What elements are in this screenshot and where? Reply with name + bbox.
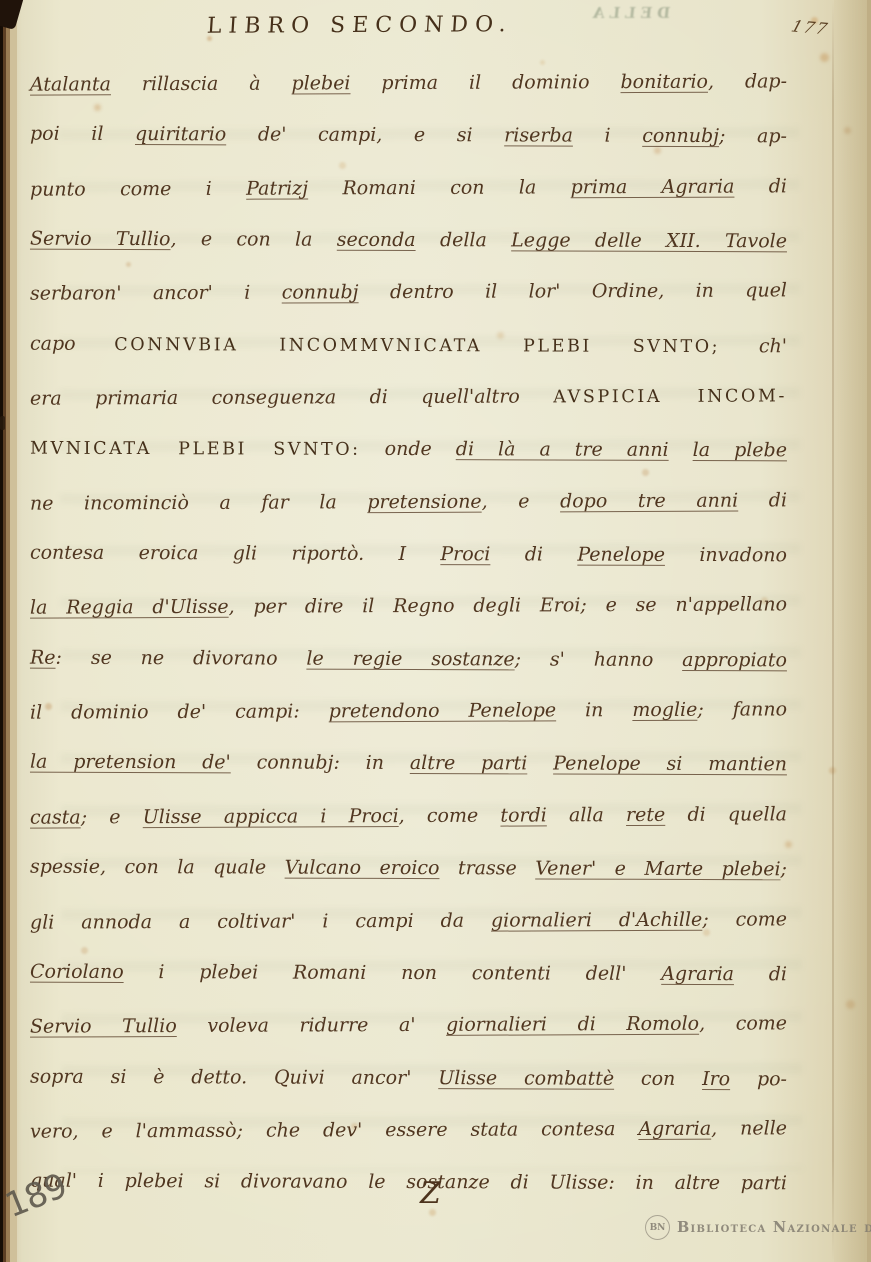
underlined-phrase: la Reggia d'Ulisse	[30, 596, 229, 619]
underlined-phrase: Penelope	[577, 544, 665, 566]
underlined-phrase: appropiato	[682, 649, 787, 671]
manuscript-line: Servio Tullio voleva ridurre a' giornali…	[30, 998, 787, 1054]
underlined-phrase: di là a tre anni	[456, 439, 669, 462]
manuscript-line: Coriolano i plebei Romani non contenti d…	[30, 946, 787, 1001]
text-segment: ; e	[81, 806, 143, 828]
text-segment: di	[734, 175, 787, 197]
underlined-phrase: tordi	[500, 804, 547, 826]
underlined-phrase: moglie	[632, 699, 697, 721]
text-segment: punto come i	[30, 177, 246, 200]
text-segment	[669, 439, 693, 461]
text-segment: gli annoda a coltivar' i campi da	[30, 909, 491, 933]
binding-mark	[0, 416, 5, 430]
text-segment: , dap-	[708, 70, 787, 92]
text-segment: Romani con la	[308, 176, 571, 199]
text-segment: ne incominciò a far la	[30, 491, 367, 514]
library-emblem-icon: BN	[645, 1215, 670, 1240]
underlined-phrase: Coriolano	[30, 961, 124, 983]
manuscript-line: vero, e l'ammassò; che dev' essere stata…	[30, 1102, 787, 1158]
manuscript-line: serbaron' ancor' i connubj dentro il lor…	[30, 265, 787, 321]
underlined-phrase: pretensione	[367, 490, 481, 512]
manuscript-text: Atalanta rillascia à plebei prima il dom…	[30, 57, 787, 1209]
text-segment: spessie, con la quale	[30, 856, 285, 879]
text-segment: , e	[482, 490, 560, 512]
underlined-phrase: Re	[30, 646, 56, 668]
text-segment: capo	[30, 332, 114, 354]
text-segment	[527, 753, 553, 775]
manuscript-line: Servio Tullio, e con la seconda della Le…	[30, 213, 787, 268]
text-segment: qual' i plebei si divoravano le sostanze…	[30, 1170, 787, 1195]
underlined-phrase: Ulisse appicca i Proci	[143, 805, 399, 828]
underlined-phrase: la plebe	[693, 439, 787, 461]
underlined-phrase: connubj	[642, 125, 719, 147]
text-segment: ; fanno	[697, 698, 787, 720]
underlined-phrase: plebei	[291, 72, 350, 94]
underlined-phrase: pretendono Penelope	[329, 699, 557, 722]
underlined-phrase: Vener' e Marte plebei	[535, 858, 780, 881]
catchword: Z	[420, 1176, 441, 1211]
text-segment: di	[490, 543, 577, 565]
latin-quote: AVSPICIA INCOM-	[553, 386, 787, 407]
bleedthrough-text: DELLA	[587, 4, 671, 22]
underlined-phrase: Iro	[702, 1068, 730, 1090]
text-segment: alla	[547, 804, 626, 826]
text-segment: , e con la	[170, 228, 336, 251]
text-segment: trasse	[439, 857, 535, 879]
text-segment: onde	[361, 438, 456, 460]
underlined-phrase: Patrizj	[246, 177, 308, 199]
underlined-phrase: prima Agraria	[571, 175, 735, 198]
underlined-phrase: Servio Tullio	[30, 1015, 177, 1038]
latin-quote: MVNICATA PLEBI SVNTO:	[30, 439, 361, 460]
text-segment: dentro il lor' Ordine, in quel	[358, 280, 787, 304]
manuscript-line: capo CONNVBIA INCOMMVNICATA PLEBI SVNTO;…	[30, 317, 787, 372]
underlined-phrase: Agraria	[638, 1118, 711, 1140]
manuscript-line: spessie, con la quale Vulcano eroico tra…	[30, 841, 787, 896]
manuscript-line: gli annoda a coltivar' i campi da giorna…	[30, 893, 787, 949]
manuscript-line: la Reggia d'Ulisse, per dire il Regno de…	[30, 579, 787, 635]
book-binding-edge	[0, 0, 17, 1262]
page-title: LIBRO SECONDO.	[206, 12, 513, 39]
text-segment: rillascia à	[111, 73, 292, 96]
text-segment: serbaron' ancor' i	[30, 282, 282, 305]
text-segment: : se ne divorano	[56, 647, 307, 670]
text-segment: ; s' hanno	[515, 648, 683, 671]
text-segment: ; ap-	[719, 125, 787, 147]
manuscript-line: punto come i Patrizj Romani con la prima…	[30, 160, 787, 216]
text-segment: , come	[399, 804, 501, 826]
underlined-phrase: altre parti	[410, 752, 528, 774]
text-segment: po-	[730, 1068, 787, 1090]
underlined-phrase: le regie sostanze	[306, 647, 514, 670]
latin-quote: CONNVBIA INCOMMVNICATA PLEBI SVNTO;	[114, 335, 720, 357]
text-segment: connubj: in	[231, 752, 410, 775]
text-segment: contesa eroica gli riportò. I	[30, 542, 440, 565]
text-segment: vero, e l'ammassò; che dev' essere stata…	[30, 1118, 638, 1143]
text-segment: sopra si è detto. Quivi ancor'	[30, 1065, 438, 1088]
manuscript-line: Re: se ne divorano le regie sostanze; s'…	[30, 631, 787, 686]
underlined-phrase: Vulcano eroico	[285, 857, 440, 880]
library-stamp-label: Biblioteca Nazionale di Napoli	[677, 1219, 871, 1236]
underlined-phrase: dopo tre anni	[560, 489, 738, 512]
text-segment: , per dire il Regno degli Eroi; e se n'a…	[229, 594, 787, 618]
text-segment: in	[556, 699, 632, 721]
manuscript-line: qual' i plebei si divoravano le sostanze…	[30, 1155, 787, 1210]
text-segment: ch'	[720, 335, 787, 357]
text-segment: prima il dominio	[350, 71, 620, 94]
text-segment: il dominio de' campi:	[30, 700, 329, 723]
underlined-phrase: giornalieri di Romolo	[446, 1013, 699, 1036]
underlined-phrase: Penelope si mantien	[553, 753, 787, 776]
underlined-phrase: connubj	[282, 282, 359, 304]
manuscript-line: era primaria conseguenza di quell'altro …	[30, 369, 787, 425]
scan-right-edge	[867, 0, 871, 1262]
text-segment: era primaria conseguenza di quell'altro	[30, 385, 553, 409]
text-segment: di	[738, 489, 787, 511]
text-segment: i	[573, 125, 642, 147]
text-segment: de' campi, e si	[226, 124, 504, 147]
underlined-phrase: Servio Tullio	[30, 228, 171, 250]
underlined-phrase: riserba	[504, 125, 573, 147]
underlined-phrase: Ulisse combattè	[438, 1067, 614, 1090]
manuscript-line: MVNICATA PLEBI SVNTO: onde di là a tre a…	[30, 422, 787, 477]
underlined-phrase: Legge delle XII. Tavole	[511, 229, 787, 252]
text-segment: ;	[781, 858, 787, 880]
manuscript-line: sopra si è detto. Quivi ancor' Ulisse co…	[30, 1050, 787, 1105]
text-segment: di quella	[665, 803, 787, 826]
text-segment: , nelle	[711, 1117, 787, 1139]
text-segment: ; come	[702, 908, 787, 930]
manuscript-line: il dominio de' campi: pretendono Penelop…	[30, 683, 787, 739]
underlined-phrase: la pretension de'	[30, 751, 231, 774]
manuscript-line: ne incominciò a far la pretensione, e do…	[30, 474, 787, 530]
underlined-phrase: casta	[30, 806, 81, 828]
text-segment: con	[614, 1067, 702, 1089]
underlined-phrase: Atalanta	[30, 73, 111, 95]
text-segment: , come	[699, 1013, 787, 1035]
text-segment: voleva ridurre a'	[177, 1014, 446, 1037]
library-stamp: BN Biblioteca Nazionale di Napoli	[645, 1215, 871, 1240]
underlined-phrase: Proci	[440, 543, 490, 565]
manuscript-line: poi il quiritario de' campi, e si riserb…	[30, 108, 787, 163]
folio-number: 177	[790, 17, 832, 39]
text-segment: poi il	[30, 123, 135, 145]
manuscript-line: la pretension de' connubj: in altre part…	[30, 736, 787, 791]
underlined-phrase: quiritario	[135, 123, 226, 145]
manuscript-line: casta; e Ulisse appicca i Proci, come to…	[30, 788, 787, 844]
underlined-phrase: bonitario	[620, 71, 708, 93]
underlined-phrase: rete	[626, 804, 665, 826]
manuscript-line: Atalanta rillascia à plebei prima il dom…	[30, 55, 787, 111]
page-edge-shading	[834, 0, 871, 1262]
text-segment: i plebei Romani non contenti dell'	[124, 961, 662, 985]
underlined-phrase: giornalieri d'Achille	[491, 908, 702, 931]
text-segment: di	[734, 963, 787, 985]
underlined-phrase: seconda	[337, 229, 416, 251]
text-segment: invadono	[665, 544, 787, 566]
manuscript-line: contesa eroica gli riportò. I Proci di P…	[30, 527, 787, 582]
underlined-phrase: Agraria	[661, 963, 734, 985]
text-segment: della	[416, 229, 512, 251]
